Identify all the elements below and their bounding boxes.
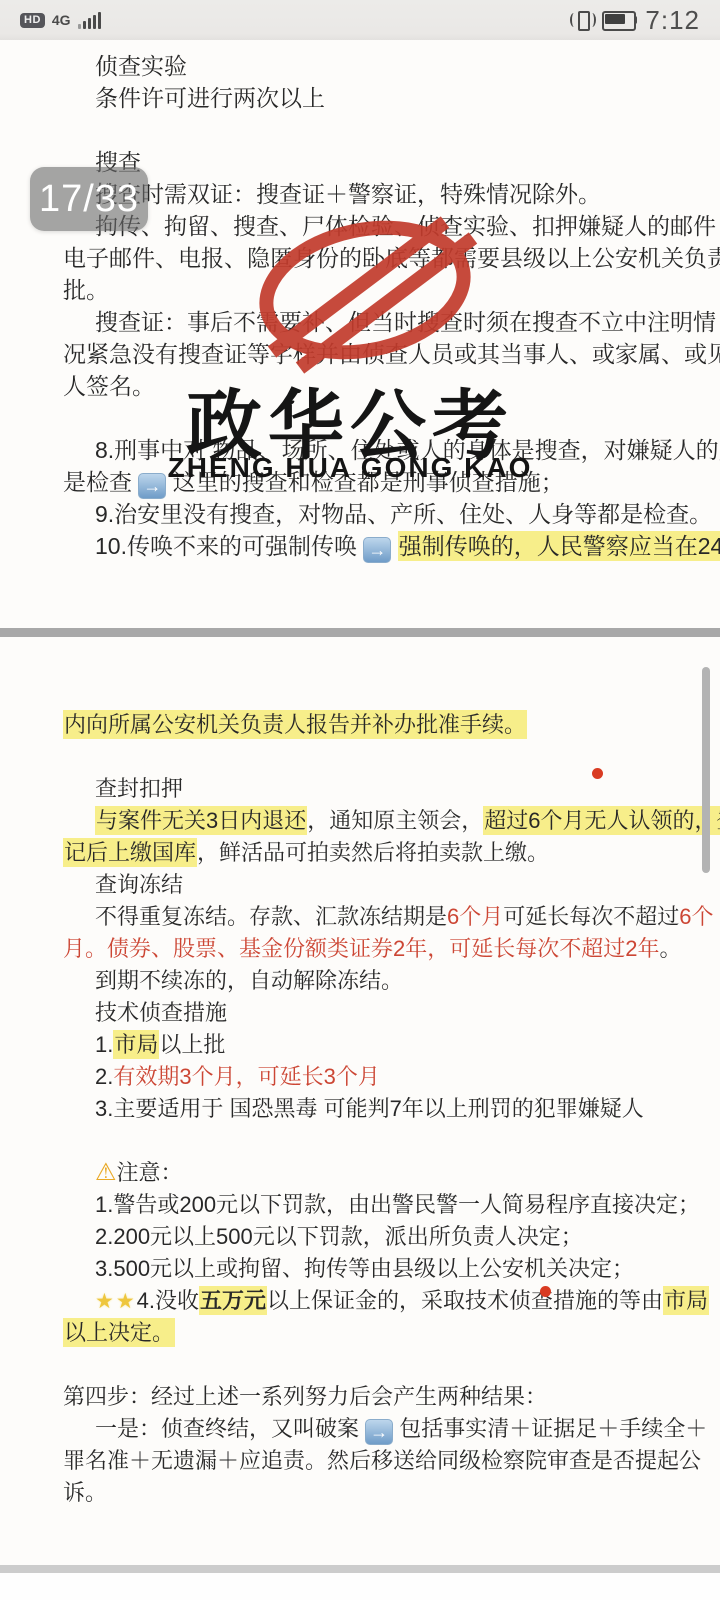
text-segment: 4.没收 xyxy=(137,1288,199,1313)
text-line: 3.500元以上或拘留、拘传等由县级以上公安机关决定； xyxy=(63,1253,700,1285)
signal-strength-icon xyxy=(78,12,101,29)
text-line: ★★4.没收五万元以上保证金的，采取技术侦查措施的等由市局 xyxy=(63,1285,700,1317)
text-line: 查封扣押 xyxy=(63,773,700,805)
text-segment: 一是：侦查终结，又叫破案 xyxy=(95,1416,365,1441)
text-segment: 6个 xyxy=(679,904,713,929)
text-line: 一是：侦查终结，又叫破案 → 包括事实清＋证据足＋手续全＋ xyxy=(63,1413,700,1445)
text-line: 2.200元以上500元以下罚款，派出所负责人决定； xyxy=(63,1221,700,1253)
text-line: 内向所属公安机关负责人报告并补办批准手续。 xyxy=(63,709,700,741)
text-segment: 内向所属公安机关负责人报告并补办批准手续。 xyxy=(63,710,527,739)
text-segment: 查询冻结 xyxy=(95,872,183,897)
page-divider xyxy=(0,628,720,637)
text-line: 罪名准＋无遗漏＋应追责。然后移送给同级检察院审查是否提起公 xyxy=(63,1445,700,1477)
status-bar: HD 4G 7:12 xyxy=(0,0,720,40)
battery-icon xyxy=(602,11,638,29)
blank-line xyxy=(63,1125,700,1157)
text-segment: 条件许可进行两次以上 xyxy=(95,85,325,111)
star-emoji-icon: ★★ xyxy=(95,1290,137,1313)
text-line: 侦查实验 xyxy=(63,50,700,82)
text-segment: 3.500元以上或拘留、拘传等由县级以上公安机关决定； xyxy=(95,1256,634,1281)
text-segment: 与案件无关3日内退还 xyxy=(95,806,307,835)
page-divider-bottom xyxy=(0,1565,720,1573)
text-segment: 以上保证金的，采取技术侦查措施的等由 xyxy=(267,1288,663,1313)
text-segment: 2.200元以上500元以下罚款，派出所负责人决定； xyxy=(95,1224,583,1249)
text-line: 10.传唤不来的可强制传唤 → 强制传唤的，人民警察应当在24小时 xyxy=(63,530,700,562)
text-segment: 五万元 xyxy=(199,1286,267,1315)
scrollbar-thumb[interactable] xyxy=(702,667,710,873)
text-segment: 第四步：经过上述一系列努力后会产生两种结果： xyxy=(63,1384,547,1409)
watermark-stamp-icon xyxy=(240,200,490,380)
text-segment: 9.治安里没有搜查，对物品、产所、住处、人身等都是检查。 xyxy=(95,501,712,527)
text-line: 条件许可进行两次以上 xyxy=(63,82,700,114)
text-segment: ，通知原主领会， xyxy=(307,808,483,833)
text-line: 不得重复冻结。存款、汇款冻结期是6个月可延长每次不超过6个 xyxy=(63,901,700,933)
text-line: 记后上缴国库，鲜活品可拍卖然后将拍卖款上缴。 xyxy=(63,837,700,869)
text-segment: 1.警告或200元以下罚款，由出警民警一人简易程序直接决定； xyxy=(95,1192,700,1217)
arrow-emoji-icon: → xyxy=(365,1419,393,1445)
text-segment: 以上决定。 xyxy=(63,1318,175,1347)
vibrate-mode-icon xyxy=(571,10,595,30)
network-type-label: 4G xyxy=(52,13,71,27)
text-segment: 超过6个月无人认领的，登 xyxy=(483,806,720,835)
page-number-badge: 17/33 xyxy=(30,167,148,231)
text-line: 查询冻结 xyxy=(63,869,700,901)
text-line: 9.治安里没有搜查，对物品、产所、住处、人身等都是检查。 xyxy=(63,498,700,530)
text-segment: 可延长每次不超过 xyxy=(503,904,679,929)
text-segment: 6个月 xyxy=(447,904,503,929)
red-dot-annotation xyxy=(540,1286,551,1297)
text-segment: 罪名准＋无遗漏＋应追责。然后移送给同级检察院审查是否提起公 xyxy=(63,1448,701,1473)
text-line: 技术侦查措施 xyxy=(63,997,700,1029)
hd-indicator: HD xyxy=(20,13,45,28)
text-line: 月。债券、股票、基金份额类证券2年，可延长每次不超过2年。 xyxy=(63,933,700,965)
text-segment: 3.主要适用于 国恐黑毒 可能判7年以上刑罚的犯罪嫌疑人 xyxy=(95,1096,644,1121)
text-segment: 月。债券、股票、基金份额类证券2年，可延长每次不超过2年 xyxy=(63,936,659,961)
text-line: ⚠注意： xyxy=(63,1157,700,1189)
text-segment: 包括事实清＋证据足＋手续全＋ xyxy=(393,1416,707,1441)
text-segment: 10.传唤不来的可强制传唤 xyxy=(95,533,363,559)
text-segment: 市局 xyxy=(113,1030,159,1059)
text-segment: 查封扣押 xyxy=(95,776,183,801)
text-segment: 市局 xyxy=(663,1286,709,1315)
blank-line xyxy=(63,114,700,146)
text-segment: 侦查实验 xyxy=(95,53,187,79)
arrow-emoji-icon: → xyxy=(363,537,391,563)
text-segment: 批。 xyxy=(63,277,109,303)
clock-time: 7:12 xyxy=(645,5,700,36)
text-segment: 注意： xyxy=(117,1160,183,1185)
text-segment: 诉。 xyxy=(63,1480,107,1505)
text-line: 1.警告或200元以下罚款，由出警民警一人简易程序直接决定； xyxy=(63,1189,700,1221)
text-segment xyxy=(391,533,397,559)
red-dot-annotation xyxy=(592,768,603,779)
text-segment: 有效期3个月，可延长3个月 xyxy=(113,1064,379,1089)
text-line: 3.主要适用于 国恐黑毒 可能判7年以上刑罚的犯罪嫌疑人 xyxy=(63,1093,700,1125)
text-segment: 到期不续冻的，自动解除冻结。 xyxy=(95,968,403,993)
text-line: 诉。 xyxy=(63,1477,700,1509)
warning-emoji-icon: ⚠ xyxy=(95,1159,117,1186)
text-segment: 2. xyxy=(95,1064,113,1089)
text-segment: 1. xyxy=(95,1032,113,1057)
text-line: 以上决定。 xyxy=(63,1317,700,1349)
text-line: 1.市局以上批 xyxy=(63,1029,700,1061)
blank-line xyxy=(63,741,700,773)
text-line: 2.有效期3个月，可延长3个月 xyxy=(63,1061,700,1093)
blank-line xyxy=(63,1349,700,1381)
text-line: 第四步：经过上述一系列努力后会产生两种结果： xyxy=(63,1381,700,1413)
text-segment: 记后上缴国库 xyxy=(63,838,197,867)
text-segment: 。 xyxy=(659,936,681,961)
text-segment: ，鲜活品可拍卖然后将拍卖款上缴。 xyxy=(197,840,549,865)
text-line: 搜查 xyxy=(63,146,700,178)
text-segment: 强制传唤的，人民警察应当在24小时 xyxy=(398,531,720,561)
document-page-2[interactable]: 内向所属公安机关负责人报告并补办批准手续。查封扣押与案件无关3日内退还，通知原主… xyxy=(0,637,720,1565)
text-segment: 不得重复冻结。存款、汇款冻结期是 xyxy=(95,904,447,929)
text-line: 与案件无关3日内退还，通知原主领会，超过6个月无人认领的，登 xyxy=(63,805,700,837)
text-segment: 以上批 xyxy=(159,1032,225,1057)
text-segment: 技术侦查措施 xyxy=(95,1000,227,1025)
next-page-edge xyxy=(0,1573,720,1600)
text-line: 到期不续冻的，自动解除冻结。 xyxy=(63,965,700,997)
watermark-subtitle: ZHENG HUA GONG KAO xyxy=(0,452,700,484)
